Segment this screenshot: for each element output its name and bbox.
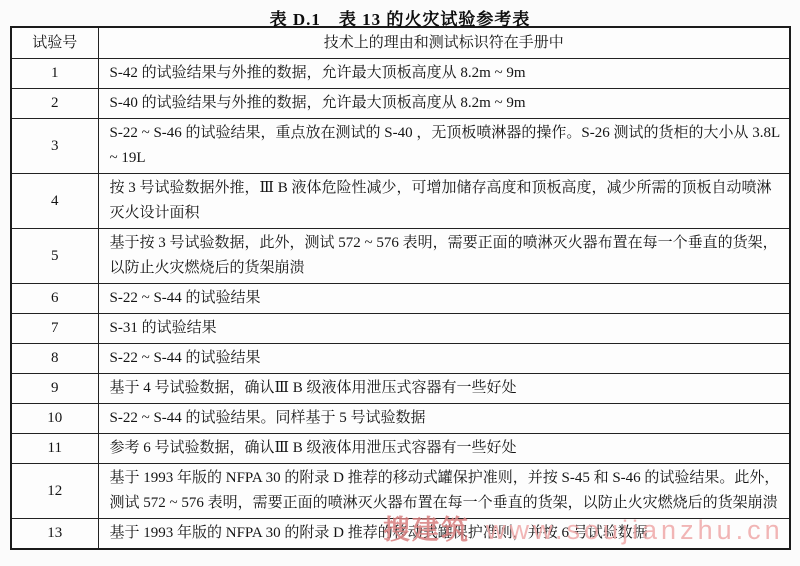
table-row: 8 S-22 ~ S-44 的试验结果	[11, 344, 790, 374]
test-number-cell: 12	[11, 464, 98, 519]
description-cell: S-42 的试验结果与外推的数据，允许最大顶板高度从 8.2m ~ 9m	[98, 59, 790, 89]
description-cell: S-31 的试验结果	[98, 314, 790, 344]
fire-test-reference-table: 试验号 技术上的理由和测试标识符在手册中 1 S-42 的试验结果与外推的数据，…	[10, 26, 791, 550]
description-cell: 按 3 号试验数据外推，Ⅲ B 液体危险性减少，可增加储存高度和顶板高度，减少所…	[98, 174, 790, 229]
table-header-row: 试验号 技术上的理由和测试标识符在手册中	[11, 27, 790, 59]
test-number-cell: 3	[11, 119, 98, 174]
table-title: 表 D.1 表 13 的火灾试验参考表	[0, 0, 800, 26]
header-description: 技术上的理由和测试标识符在手册中	[98, 27, 790, 59]
test-number-cell: 9	[11, 374, 98, 404]
test-number-cell: 7	[11, 314, 98, 344]
test-number-cell: 8	[11, 344, 98, 374]
table-row: 7 S-31 的试验结果	[11, 314, 790, 344]
table-row: 10 S-22 ~ S-44 的试验结果。同样基于 5 号试验数据	[11, 404, 790, 434]
test-number-cell: 11	[11, 434, 98, 464]
test-number-cell: 4	[11, 174, 98, 229]
table-row: 6 S-22 ~ S-44 的试验结果	[11, 284, 790, 314]
table-row: 2 S-40 的试验结果与外推的数据，允许最大顶板高度从 8.2m ~ 9m	[11, 89, 790, 119]
table-row: 12 基于 1993 年版的 NFPA 30 的附录 D 推荐的移动式罐保护准则…	[11, 464, 790, 519]
header-test-number: 试验号	[11, 27, 98, 59]
table-row: 3 S-22 ~ S-46 的试验结果，重点放在测试的 S-40 ，无顶板喷淋器…	[11, 119, 790, 174]
description-cell: S-22 ~ S-44 的试验结果	[98, 284, 790, 314]
table-row: 5 基于按 3 号试验数据，此外，测试 572 ~ 576 表明，需要正面的喷淋…	[11, 229, 790, 284]
description-cell: S-22 ~ S-44 的试验结果	[98, 344, 790, 374]
description-cell: 基于 1993 年版的 NFPA 30 的附录 D 推荐的移动式罐保护准则，并按…	[98, 464, 790, 519]
table-row: 11 参考 6 号试验数据，确认Ⅲ B 级液体用泄压式容器有一些好处	[11, 434, 790, 464]
description-cell: 参考 6 号试验数据，确认Ⅲ B 级液体用泄压式容器有一些好处	[98, 434, 790, 464]
table-row: 9 基于 4 号试验数据，确认Ⅲ B 级液体用泄压式容器有一些好处	[11, 374, 790, 404]
description-cell: 基于 4 号试验数据，确认Ⅲ B 级液体用泄压式容器有一些好处	[98, 374, 790, 404]
test-number-cell: 5	[11, 229, 98, 284]
description-cell: S-22 ~ S-44 的试验结果。同样基于 5 号试验数据	[98, 404, 790, 434]
description-cell: S-22 ~ S-46 的试验结果，重点放在测试的 S-40 ，无顶板喷淋器的操…	[98, 119, 790, 174]
table-row: 4 按 3 号试验数据外推，Ⅲ B 液体危险性减少，可增加储存高度和顶板高度，减…	[11, 174, 790, 229]
table-row: 13 基于 1993 年版的 NFPA 30 的附录 D 推荐的移动式罐保护准则…	[11, 519, 790, 550]
test-number-cell: 10	[11, 404, 98, 434]
test-number-cell: 13	[11, 519, 98, 550]
description-cell: 基于按 3 号试验数据，此外，测试 572 ~ 576 表明，需要正面的喷淋灭火…	[98, 229, 790, 284]
description-cell: 基于 1993 年版的 NFPA 30 的附录 D 推荐的移动式罐保护准则，并按…	[98, 519, 790, 550]
test-number-cell: 6	[11, 284, 98, 314]
table-row: 1 S-42 的试验结果与外推的数据，允许最大顶板高度从 8.2m ~ 9m	[11, 59, 790, 89]
test-number-cell: 1	[11, 59, 98, 89]
test-number-cell: 2	[11, 89, 98, 119]
document-page: 表 D.1 表 13 的火灾试验参考表 试验号 技术上的理由和测试标识符在手册中…	[0, 0, 800, 566]
table-body: 1 S-42 的试验结果与外推的数据，允许最大顶板高度从 8.2m ~ 9m 2…	[11, 59, 790, 550]
description-cell: S-40 的试验结果与外推的数据，允许最大顶板高度从 8.2m ~ 9m	[98, 89, 790, 119]
